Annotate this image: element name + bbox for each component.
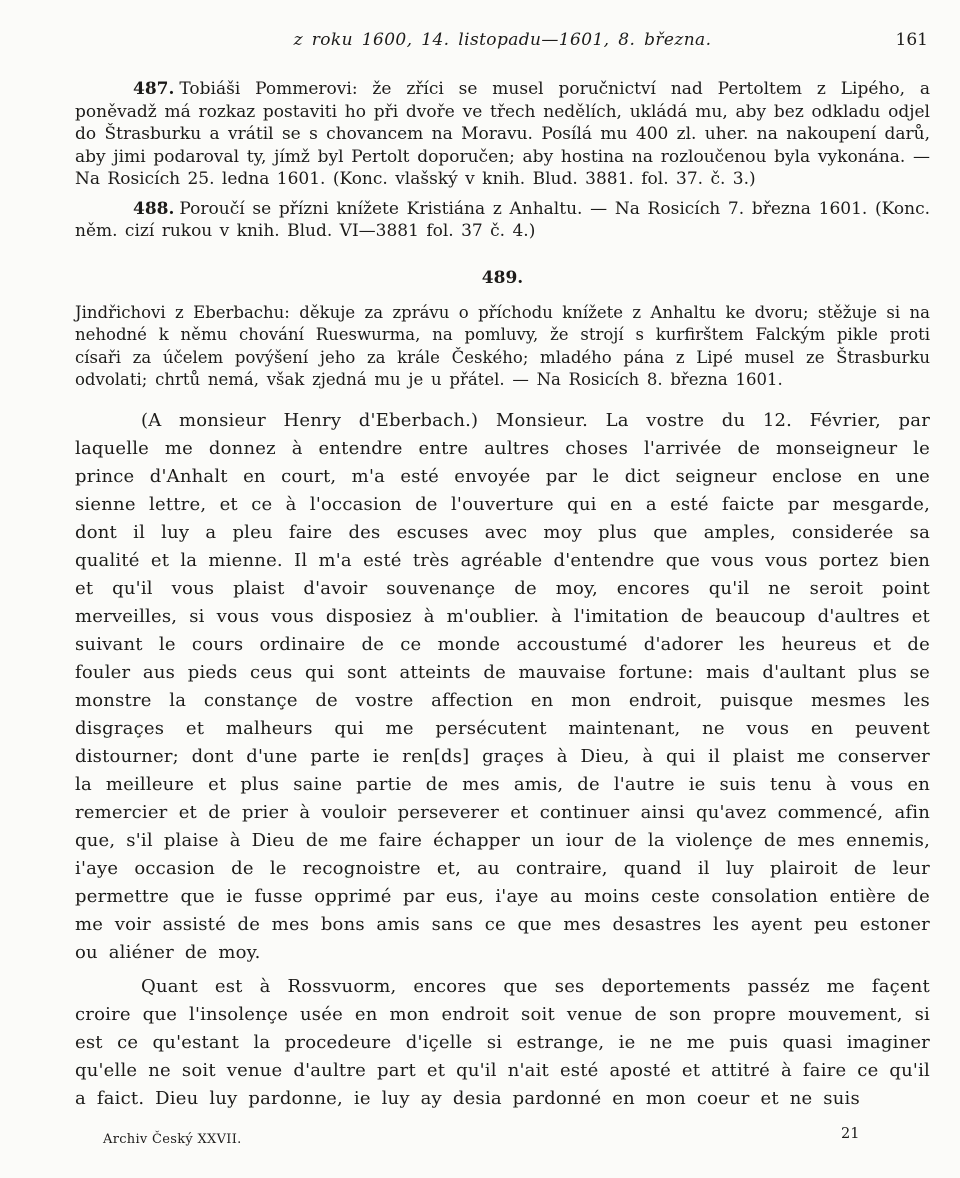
running-header: z roku 1600, 14. listopadu—1601, 8. břez… [75,30,930,54]
running-title: z roku 1600, 14. listopadu—1601, 8. břez… [75,30,930,50]
entry-489-heading: 489. [75,268,930,288]
page-footer: Archiv Český XXVII. 21 [75,1124,930,1154]
entry-489-summary: Jindřichovi z Eberbachu: děkuje za zpráv… [75,302,930,392]
entry-488-number: 488. [133,199,174,219]
entry-487: 487.Tobiáši Pommerovi: že zříci se musel… [75,78,930,191]
page-number: 161 [896,30,928,50]
letter-paragraph-2: Quant est à Rossvuorm, encores que ses d… [75,973,930,1113]
entry-487-text: Tobiáši Pommerovi: že zříci se musel por… [75,79,930,189]
entry-487-number: 487. [133,79,174,99]
entry-488-text: Poroučí se přízni knížete Kristiána z An… [75,199,930,242]
letter-paragraph-1: (A monsieur Henry d'Eberbach.) Monsieur.… [75,407,930,967]
scanned-book-page: z roku 1600, 14. listopadu—1601, 8. břez… [0,0,960,1113]
footer-sheet-number: 21 [841,1126,859,1142]
footer-volume-signature: Archiv Český XXVII. [103,1132,242,1147]
entry-488: 488.Poroučí se přízni knížete Kristiána … [75,198,930,243]
